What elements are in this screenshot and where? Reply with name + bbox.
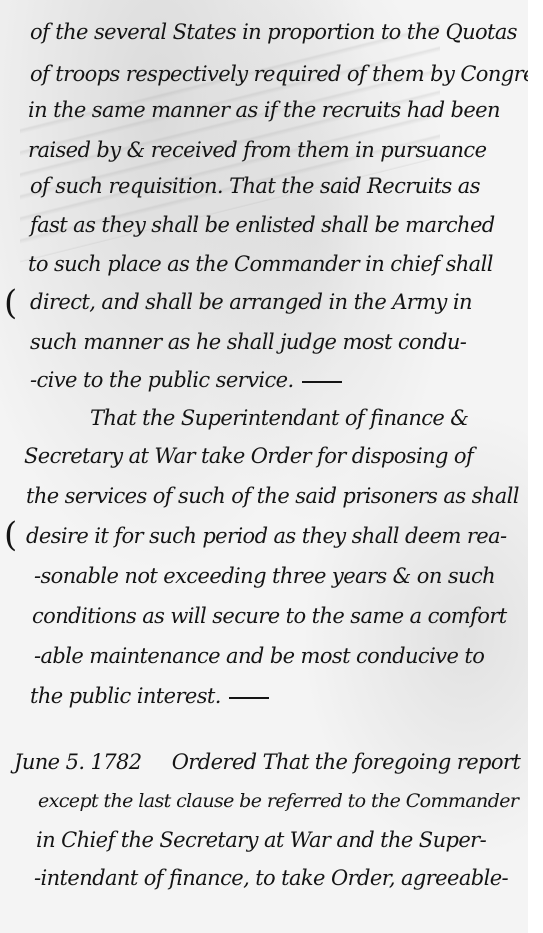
margin-bracket: (	[4, 286, 17, 320]
manuscript-line: conditions as will secure to the same a …	[32, 606, 507, 627]
manuscript-line: of such requisition. That the said Recru…	[30, 176, 480, 197]
line-text: -cive to the public service.	[30, 368, 294, 392]
manuscript-line: desire it for such period as they shall …	[26, 526, 507, 547]
end-dash	[302, 381, 342, 383]
manuscript-line: -sonable not exceeding three years & on …	[34, 566, 495, 587]
manuscript-line: in the same manner as if the recruits ha…	[28, 100, 500, 121]
manuscript-line: fast as they shall be enlisted shall be …	[30, 215, 495, 236]
end-dash	[229, 697, 269, 699]
manuscript-line: direct, and shall be arranged in the Arm…	[30, 292, 472, 313]
manuscript-line: -cive to the public service.	[30, 370, 342, 391]
manuscript-line: in Chief the Secretary at War and the Su…	[36, 830, 486, 851]
manuscript-line: of the several States in proportion to t…	[30, 22, 517, 43]
manuscript-line: to such place as the Commander in chief …	[28, 254, 493, 275]
manuscript-page: of the several States in proportion to t…	[0, 0, 528, 933]
line-text: the public interest.	[30, 684, 221, 708]
page-margin	[528, 0, 543, 933]
margin-bracket: (	[4, 518, 17, 552]
manuscript-line: the public interest.	[30, 686, 269, 707]
manuscript-line: That the Superintendant of finance &	[90, 408, 468, 429]
order-date: June 5. 1782	[14, 750, 142, 774]
manuscript-line: -able maintenance and be most conducive …	[34, 646, 484, 667]
manuscript-line: except the last clause be referred to th…	[38, 792, 518, 811]
line-text: Ordered That the foregoing report	[172, 750, 521, 774]
manuscript-line: -intendant of finance, to take Order, ag…	[34, 868, 508, 889]
manuscript-line: of troops respectively required of them …	[30, 64, 543, 85]
manuscript-line: raised by & received from them in pursua…	[28, 140, 486, 161]
manuscript-line: June 5. 1782 Ordered That the foregoing …	[14, 752, 520, 773]
manuscript-line: Secretary at War take Order for disposin…	[24, 446, 473, 467]
manuscript-line: the services of such of the said prisone…	[26, 486, 519, 507]
manuscript-line: such manner as he shall judge most condu…	[30, 332, 466, 353]
